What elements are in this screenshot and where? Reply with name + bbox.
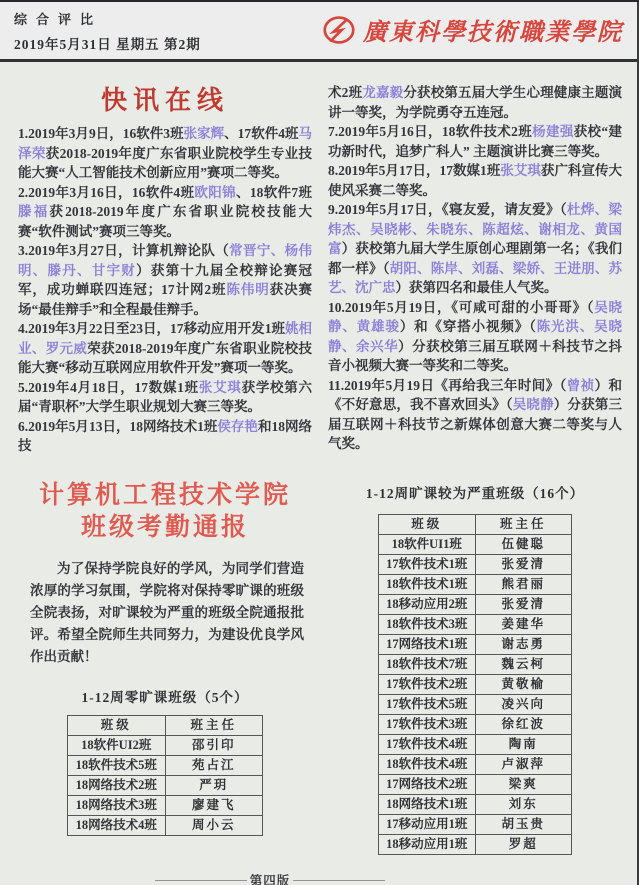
table-cell: 18软件技术1班 [379, 574, 476, 594]
table-row: 18移动应用2班张爱清 [379, 594, 572, 614]
table-cell: 刘东 [475, 794, 572, 814]
table-cell: 18软件技术5班 [68, 755, 166, 775]
left-column: 快讯在线 1.2019年3月9日，16软件3班张家辉、17软件4班马泽荣获201… [18, 74, 312, 836]
news-item: 10.2019年5月19日，《可咸可甜的小哥哥》（吴晓静、黄雄骏）和《穿搭小视频… [328, 298, 622, 376]
news-text: 6.2019年5月13日，18网络技术1班 [18, 419, 217, 434]
page-footer: 第四版 [155, 871, 385, 885]
table-cell: 邵引印 [165, 735, 263, 755]
table-cell: 胡玉贵 [475, 814, 572, 834]
table-cell: 卢淑萍 [475, 754, 572, 774]
attendance-paragraph: 为了保持学院良好的学风，为同学们营造浓厚的学习氛围，学院将对保持零旷课的班级全院… [30, 558, 304, 668]
page-number: 第四版 [247, 871, 294, 885]
news-text: 7.2019年5月16日，18软件技术2班 [328, 124, 532, 139]
table-cell: 18网络技术1班 [379, 794, 476, 814]
table-cell: 18移动应用1班 [379, 834, 476, 854]
news-text: ）和《穿搭小视频》（ [400, 319, 537, 334]
right-column: 术2班龙嘉毅分获校第五届大学生心理健康主题演讲一等奖，为学院勇夺五连冠。7.20… [328, 74, 622, 855]
table-row: 17软件技术2班黄敬榆 [379, 674, 572, 694]
table-cell: 18网络技术2班 [68, 775, 166, 795]
person-name: 欧阳锦 [194, 185, 236, 200]
column-header: 班级 [379, 514, 476, 534]
attendance-title-line1: 计算机工程技术学院 [18, 480, 312, 512]
table-row: 18软件技术7班魏云柯 [379, 654, 572, 674]
table-row: 17移动应用1班胡玉贵 [379, 814, 572, 834]
edition-category: 综合评比 [14, 9, 201, 28]
college-logo-icon [321, 14, 357, 46]
table-cell: 严玥 [165, 775, 263, 795]
table-cell: 罗超 [475, 834, 572, 854]
table-row: 18软件技术4班卢淑萍 [379, 754, 572, 774]
table-cell: 谢志勇 [475, 634, 572, 654]
news-item: 4.2019年3月22日至23日，17移动应用开发1班姚相业、罗元威荣获2018… [18, 319, 312, 378]
table-cell: 魏云柯 [475, 654, 572, 674]
table-row: 18软件技术5班苑占江 [68, 755, 263, 775]
attendance-title: 计算机工程技术学院 班级考勤通报 [18, 480, 312, 544]
column-header: 班主任 [475, 514, 572, 534]
news-item: 7.2019年5月16日，18软件技术2班杨建强获校“建功新时代，追梦广科人” … [328, 122, 622, 161]
person-name: 侯存艳 [217, 419, 258, 434]
news-item: 3.2019年3月27日，计算机辩论队（常晋宁、杨伟明、滕丹、甘宇财）获第十九届… [18, 241, 312, 319]
news-text: 8.2019年5月17日，17数媒1班 [328, 163, 500, 178]
table-cell: 18软件技术4班 [379, 754, 476, 774]
table-cell: 17软件技术3班 [379, 714, 476, 734]
news-item: 术2班龙嘉毅分获校第五届大学生心理健康主题演讲一等奖，为学院勇夺五连冠。 [328, 83, 622, 122]
masthead: 综合评比 2019年5月31日 星期五 第2期 廣東科學技術職業學院 [0, 2, 639, 62]
news-text: 、18软件7班 [236, 185, 312, 200]
table-row: 18网络技术4班周小云 [68, 815, 263, 835]
severe-absence-table: 班级班主任18软件UI1班伍健聪17软件技术1班张爱清18软件技术1班熊君丽18… [378, 514, 572, 855]
table-row: 18移动应用1班罗超 [379, 834, 572, 854]
zero-absence-table: 班级班主任18软件UI2班邵引印18软件技术5班苑占江18网络技术2班严玥18网… [67, 715, 263, 836]
dateline: 2019年5月31日 星期五 第2期 [14, 33, 201, 53]
news-text: 1.2019年3月9日，16软件3班 [18, 126, 184, 141]
table-row: 18软件UI1班伍健聪 [379, 534, 572, 554]
table-row: 17软件技术1班张爱清 [379, 554, 572, 574]
masthead-info: 综合评比 2019年5月31日 星期五 第2期 [14, 9, 201, 53]
table-cell: 17软件技术5班 [379, 694, 476, 714]
table-row: 17网络技术1班谢志勇 [379, 634, 572, 654]
person-name: 陈伟明 [226, 282, 269, 297]
news-text: ）获第四名和最佳人气奖。 [396, 280, 558, 295]
table-cell: 18移动应用2班 [379, 594, 476, 614]
news-item: 2.2019年3月16日，16软件4班欧阳锦、18软件7班滕福获2018-201… [18, 183, 312, 242]
news-item: 6.2019年5月13日，18网络技术1班侯存艳和18网络技 [18, 417, 312, 456]
news-text: 、17软件4班 [224, 126, 298, 141]
table-header-row: 班级班主任 [379, 514, 572, 534]
person-name: 张艾琪 [199, 380, 242, 395]
news-item: 8.2019年5月17日，17数媒1班张艾琪获广科宣传大使风采赛二等奖。 [328, 161, 622, 200]
person-name: 曾祯 [567, 378, 595, 393]
news-text: 5.2019年4月18日，17数媒1班 [18, 380, 199, 395]
news-list-left: 1.2019年3月9日，16软件3班张家辉、17软件4班马泽荣获2018-201… [18, 124, 312, 456]
table-cell: 廖建飞 [165, 795, 263, 815]
table-row: 17网络技术2班梁爽 [379, 774, 572, 794]
news-list-right: 术2班龙嘉毅分获校第五届大学生心理健康主题演讲一等奖，为学院勇夺五连冠。7.20… [328, 83, 622, 454]
table-row: 18网络技术3班廖建飞 [68, 795, 263, 815]
table-cell: 17软件技术2班 [379, 674, 476, 694]
table-cell: 17网络技术2班 [379, 774, 476, 794]
table-cell: 18软件技术3班 [379, 614, 476, 634]
table-cell: 周小云 [165, 815, 263, 835]
news-text: 9.2019年5月17日，《寝友爱，请友爱》（ [328, 202, 567, 217]
table-row: 18网络技术1班刘东 [379, 794, 572, 814]
news-text: 10.2019年5月19日，《可咸可甜的小哥哥》（ [328, 300, 594, 315]
table-cell: 伍健聪 [475, 534, 572, 554]
person-name: 吴晓静 [513, 397, 554, 412]
table-cell: 18网络技术4班 [68, 815, 166, 835]
news-text: 11.2019年5月19日《再给我三年时间》（ [328, 378, 567, 393]
severe-absence-table-title: 1-12周旷课较为严重班级（16个） [328, 482, 622, 502]
news-text: 4.2019年3月22日至23日，17移动应用开发1班 [18, 321, 285, 336]
table-row: 17软件技术3班徐红波 [379, 714, 572, 734]
table-cell: 17移动应用1班 [379, 814, 476, 834]
news-item: 1.2019年3月9日，16软件3班张家辉、17软件4班马泽荣获2018-201… [18, 124, 312, 183]
news-item: 9.2019年5月17日，《寝友爱，请友爱》（杜烨、梁炜杰、吴晓彬、朱晓东、陈超… [328, 200, 622, 298]
table-cell: 梁爽 [475, 774, 572, 794]
person-name: 张家辉 [184, 126, 225, 141]
table-row: 18软件技术1班熊君丽 [379, 574, 572, 594]
table-cell: 18软件UI1班 [379, 534, 476, 554]
table-cell: 熊君丽 [475, 574, 572, 594]
news-item: 11.2019年5月19日《再给我三年时间》（曾祯）和《不好意思，我不喜欢回头》… [328, 376, 622, 454]
footer-rule-left [155, 880, 247, 881]
news-text: 获2018-2019年度广东省职业院校学生专业技能大赛“人工智能技术创新应用”赛… [18, 146, 312, 181]
table-cell: 18软件技术7班 [379, 654, 476, 674]
table-cell: 徐红波 [475, 714, 572, 734]
table-header-row: 班级班主任 [68, 715, 263, 735]
table-row: 18网络技术2班严玥 [68, 775, 263, 795]
table-cell: 陶南 [475, 734, 572, 754]
table-cell: 17软件技术1班 [379, 554, 476, 574]
table-cell: 姜建华 [475, 614, 572, 634]
news-item: 5.2019年4月18日，17数媒1班张艾琪获学校第六届“青职杯”大学生职业规划… [18, 378, 312, 417]
table-row: 18软件技术3班姜建华 [379, 614, 572, 634]
table-cell: 张爱清 [475, 554, 572, 574]
table-cell: 18网络技术3班 [68, 795, 166, 815]
column-header: 班主任 [165, 715, 263, 735]
person-name: 龙嘉毅 [362, 85, 403, 100]
table-row: 17软件技术4班陶南 [379, 734, 572, 754]
college-logo: 廣東科學技術職業學院 [321, 12, 623, 47]
table-cell: 18软件UI2班 [68, 735, 166, 755]
table-row: 17软件技术5班凌兴向 [379, 694, 572, 714]
footer-rule-right [293, 880, 385, 881]
news-text: 术2班 [328, 85, 362, 100]
news-section-title: 快讯在线 [18, 86, 312, 116]
attendance-title-line2: 班级考勤通报 [18, 512, 312, 544]
news-text: 获2018-2019年度广东省职业院校技能大赛“软件测试”赛项三等奖。 [18, 204, 312, 239]
zero-absence-table-title: 1-12周零旷课班级（5个） [18, 686, 312, 706]
news-text: 3.2019年3月27日，计算机辩论队（ [18, 243, 229, 258]
table-cell: 17软件技术4班 [379, 734, 476, 754]
college-logo-text: 廣東科學技術職業學院 [363, 12, 623, 47]
person-name: 张艾琪 [500, 163, 541, 178]
column-header: 班级 [68, 715, 166, 735]
table-cell: 黄敬榆 [475, 674, 572, 694]
person-name: 滕福 [18, 204, 49, 219]
table-row: 18软件UI2班邵引印 [68, 735, 263, 755]
table-cell: 17网络技术1班 [379, 634, 476, 654]
news-text: 2.2019年3月16日，16软件4班 [18, 185, 194, 200]
person-name: 杨建强 [532, 124, 574, 139]
table-cell: 苑占江 [165, 755, 263, 775]
table-cell: 凌兴向 [475, 694, 572, 714]
newspaper-page: 综合评比 2019年5月31日 星期五 第2期 廣東科學技術職業學院 快讯在线 … [0, 0, 639, 885]
table-cell: 张爱清 [475, 594, 572, 614]
